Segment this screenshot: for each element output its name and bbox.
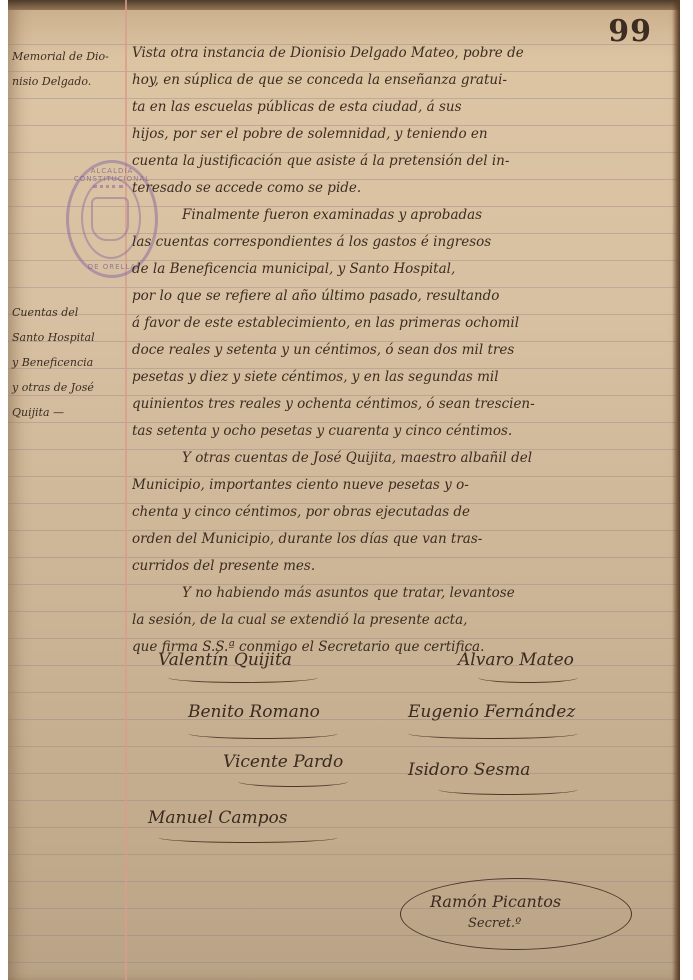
signature-flourish	[478, 672, 578, 683]
signature-benito-romano: Benito Romano	[188, 702, 320, 722]
body-line: Y otras cuentas de José Quijita, maestro…	[132, 445, 680, 472]
signature-flourish	[158, 832, 338, 843]
body-line: tas setenta y ocho pesetas y cuarenta y …	[132, 418, 680, 445]
margin-note-memorial: Memorial de Dio- nisio Delgado.	[12, 44, 122, 94]
signature-secretary: Ramón Picantos	[430, 892, 561, 911]
margin-note-line: y Beneficencia	[12, 350, 122, 375]
body-line: orden del Municipio, durante los días qu…	[132, 526, 680, 553]
signature-eugenio-fernandez: Eugenio Fernández	[408, 702, 575, 722]
body-line: por lo que se refiere al año último pasa…	[132, 283, 680, 310]
body-line: chenta y cinco céntimos, por obras ejecu…	[132, 499, 680, 526]
margin-note-line: Quijita —	[12, 400, 122, 425]
body-line: á favor de este establecimiento, en las …	[132, 310, 680, 337]
signature-flourish	[168, 672, 318, 683]
margin-note-cuentas: Cuentas del Santo Hospital y Beneficenci…	[12, 300, 122, 425]
body-line: Y no habiendo más asuntos que tratar, le…	[132, 580, 680, 607]
body-line: hoy, en súplica de que se conceda la ens…	[132, 67, 680, 94]
body-line: la sesión, de la cual se extendió la pre…	[132, 607, 680, 634]
margin-rule	[125, 0, 127, 980]
signature-isidoro-sesma: Isidoro Sesma	[408, 760, 530, 780]
margin-note-line: y otras de José	[12, 375, 122, 400]
coat-of-arms-icon	[91, 197, 129, 241]
body-line: cuenta la justificación que asiste á la …	[132, 148, 680, 175]
body-line: pesetas y diez y siete céntimos, y en la…	[132, 364, 680, 391]
signature-manuel-campos: Manuel Campos	[148, 808, 287, 828]
signature-valentin-quijita: Valentín Quijita	[158, 650, 292, 670]
signature-flourish	[438, 784, 578, 795]
body-line: doce reales y setenta y un céntimos, ó s…	[132, 337, 680, 364]
signature-flourish	[188, 728, 338, 739]
body-line: de la Beneficencia municipal, y Santo Ho…	[132, 256, 680, 283]
body-line: quinientos tres reales y ochenta céntimo…	[132, 391, 680, 418]
margin-note-line: nisio Delgado.	[12, 69, 122, 94]
body-line: ta en las escuelas públicas de esta ciud…	[132, 94, 680, 121]
margin-note-line: Cuentas del	[12, 300, 122, 325]
body-line: Municipio, importantes ciento nueve pese…	[132, 472, 680, 499]
ledger-page: 99 Memorial de Dio- nisio Delgado. Cuent…	[8, 0, 680, 980]
body-line: las cuentas correspondientes á los gasto…	[132, 229, 680, 256]
body-line: Finalmente fueron examinadas y aprobadas	[132, 202, 680, 229]
body-line: hijos, por ser el pobre de solemnidad, y…	[132, 121, 680, 148]
margin-note-line: Memorial de Dio-	[12, 44, 122, 69]
body-line: teresado se accede como se pide.	[132, 175, 680, 202]
secretary-rubric-flourish	[400, 878, 632, 950]
body-line: Vista otra instancia de Dionisio Delgado…	[132, 40, 680, 67]
body-line: curridos del presente mes.	[132, 553, 680, 580]
signature-flourish	[408, 728, 578, 739]
margin-note-line: Santo Hospital	[12, 325, 122, 350]
minutes-body: Vista otra instancia de Dionisio Delgado…	[132, 40, 680, 661]
signature-flourish	[238, 776, 348, 787]
signature-vicente-pardo: Vicente Pardo	[223, 752, 343, 772]
signature-alvaro-mateo: Álvaro Mateo	[458, 650, 574, 670]
secretary-title: Secret.º	[468, 916, 521, 931]
